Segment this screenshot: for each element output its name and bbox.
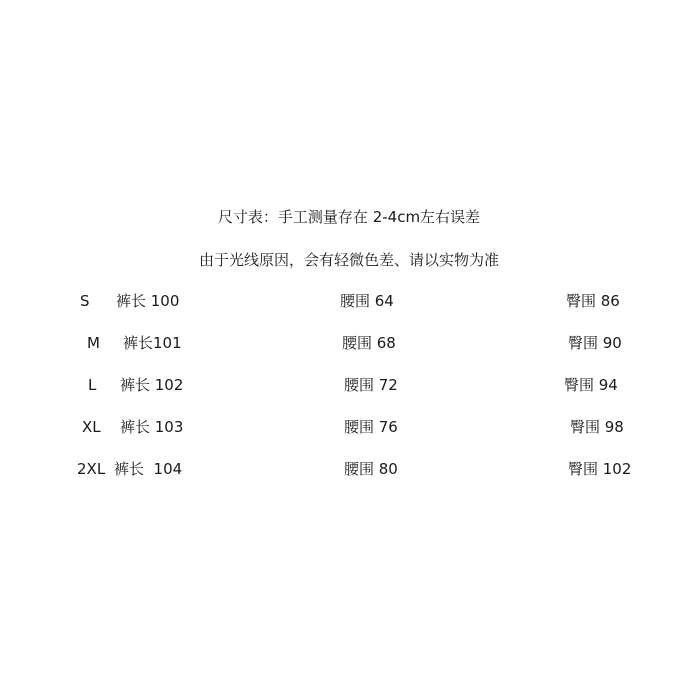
color-disclaimer: 由于光线原因，会有轻微色差、请以实物为准 — [0, 250, 698, 270]
length-value: 裤长 104 — [114, 459, 182, 479]
length-value: 裤长 100 — [116, 291, 179, 311]
waist-value: 腰围 72 — [344, 375, 398, 395]
size-label: S — [80, 291, 90, 311]
size-chart-title: 尺寸表：手工测量存在 2-4cm左右误差 — [0, 207, 698, 227]
size-label: 2XL — [77, 459, 105, 479]
waist-value: 腰围 68 — [342, 333, 396, 353]
waist-value: 腰围 80 — [344, 459, 398, 479]
hip-value: 臀围 102 — [568, 459, 631, 479]
waist-value: 腰围 64 — [340, 291, 394, 311]
length-value: 裤长 102 — [120, 375, 183, 395]
hip-value: 臀围 86 — [566, 291, 620, 311]
size-label: M — [87, 333, 100, 353]
length-value: 裤长 103 — [120, 417, 183, 437]
hip-value: 臀围 98 — [570, 417, 624, 437]
length-value: 裤长101 — [123, 333, 182, 353]
hip-value: 臀围 90 — [568, 333, 622, 353]
size-label: L — [88, 375, 96, 395]
size-label: XL — [82, 417, 101, 437]
waist-value: 腰围 76 — [344, 417, 398, 437]
hip-value: 臀围 94 — [564, 375, 618, 395]
